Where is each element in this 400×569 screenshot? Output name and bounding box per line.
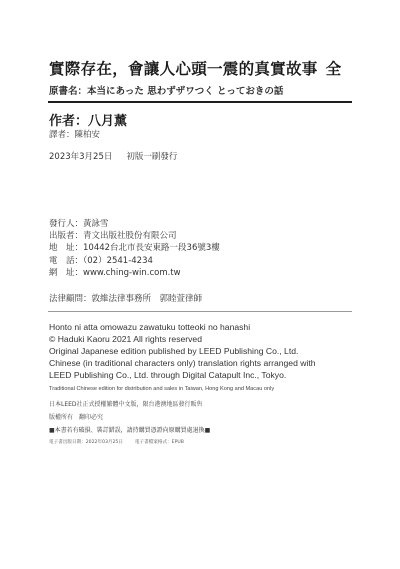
publisher-name: 發行人：黃詠雪 bbox=[49, 218, 220, 230]
publisher-website: 網 址：www.ching-win.com.tw bbox=[49, 267, 220, 279]
return-notice: ■本書若有破損、裝訂錯誤，請持購買憑證向原購買處退換■ bbox=[49, 425, 210, 434]
book-title-text: 實際存在，會讓人心頭一震的真實故事 bbox=[49, 60, 318, 78]
publication-line: 2023年3月25日初版一刷發行 bbox=[49, 150, 177, 162]
no-reprint: 翻印必究 bbox=[79, 414, 103, 421]
publisher-company: 出版者：青文出版社股份有限公司 bbox=[49, 230, 220, 242]
translation-rights-line: Chinese (in traditional characters only)… bbox=[49, 357, 316, 369]
original-title: 原書名：本当にあった 思わずザワつく とっておきの話 bbox=[49, 83, 283, 97]
ebook-date: 電子書出版日期：2022年03月25日 bbox=[49, 440, 123, 445]
author: 作者：八月薰 bbox=[49, 110, 127, 129]
agency-line: LEED Publishing Co., Ltd. through Digita… bbox=[49, 369, 316, 381]
publisher-address: 地 址：10442台北市長安東路一段36號3樓 bbox=[49, 242, 220, 254]
legal-divider bbox=[48, 311, 352, 312]
publisher-phone: 電 話：（02）2541-4234 bbox=[49, 255, 220, 267]
ebook-info: 電子書出版日期：2022年03月25日電子書檔案格式：EPUB bbox=[49, 439, 184, 445]
volume-label: 全 bbox=[326, 60, 342, 78]
rights-line: 版權所有翻印必究 bbox=[49, 412, 103, 421]
book-title: 實際存在，會讓人心頭一震的真實故事全 bbox=[49, 57, 359, 79]
original-edition-line: Original Japanese edition published by L… bbox=[49, 345, 316, 357]
ebook-format: 電子書檔案格式：EPUB bbox=[135, 440, 184, 445]
distribution-chinese: 日本LEED社正式授權繁體中文版，限台港澳地區發行販售 bbox=[49, 399, 203, 408]
publisher-info: 發行人：黃詠雪 出版者：青文出版社股份有限公司 地 址：10442台北市長安東路… bbox=[49, 218, 220, 279]
rights-reserved: 版權所有 bbox=[49, 414, 73, 421]
title-divider bbox=[48, 101, 352, 103]
legal-counsel: 法律顧問：敦維法律事務所 郭睦萱律師 bbox=[49, 292, 202, 304]
translator: 譯者：陳柏安 bbox=[49, 128, 100, 140]
english-credits: Honto ni atta omowazu zawatuku totteoki … bbox=[49, 321, 316, 381]
english-title: Honto ni atta omowazu zawatuku totteoki … bbox=[49, 321, 316, 333]
distribution-english: Traditional Chinese edition for distribu… bbox=[49, 386, 274, 392]
edition: 初版一刷發行 bbox=[126, 152, 177, 162]
copyright-line: © Haduki Kaoru 2021 All rights reserved bbox=[49, 333, 316, 345]
publication-date: 2023年3月25日 bbox=[49, 152, 112, 162]
